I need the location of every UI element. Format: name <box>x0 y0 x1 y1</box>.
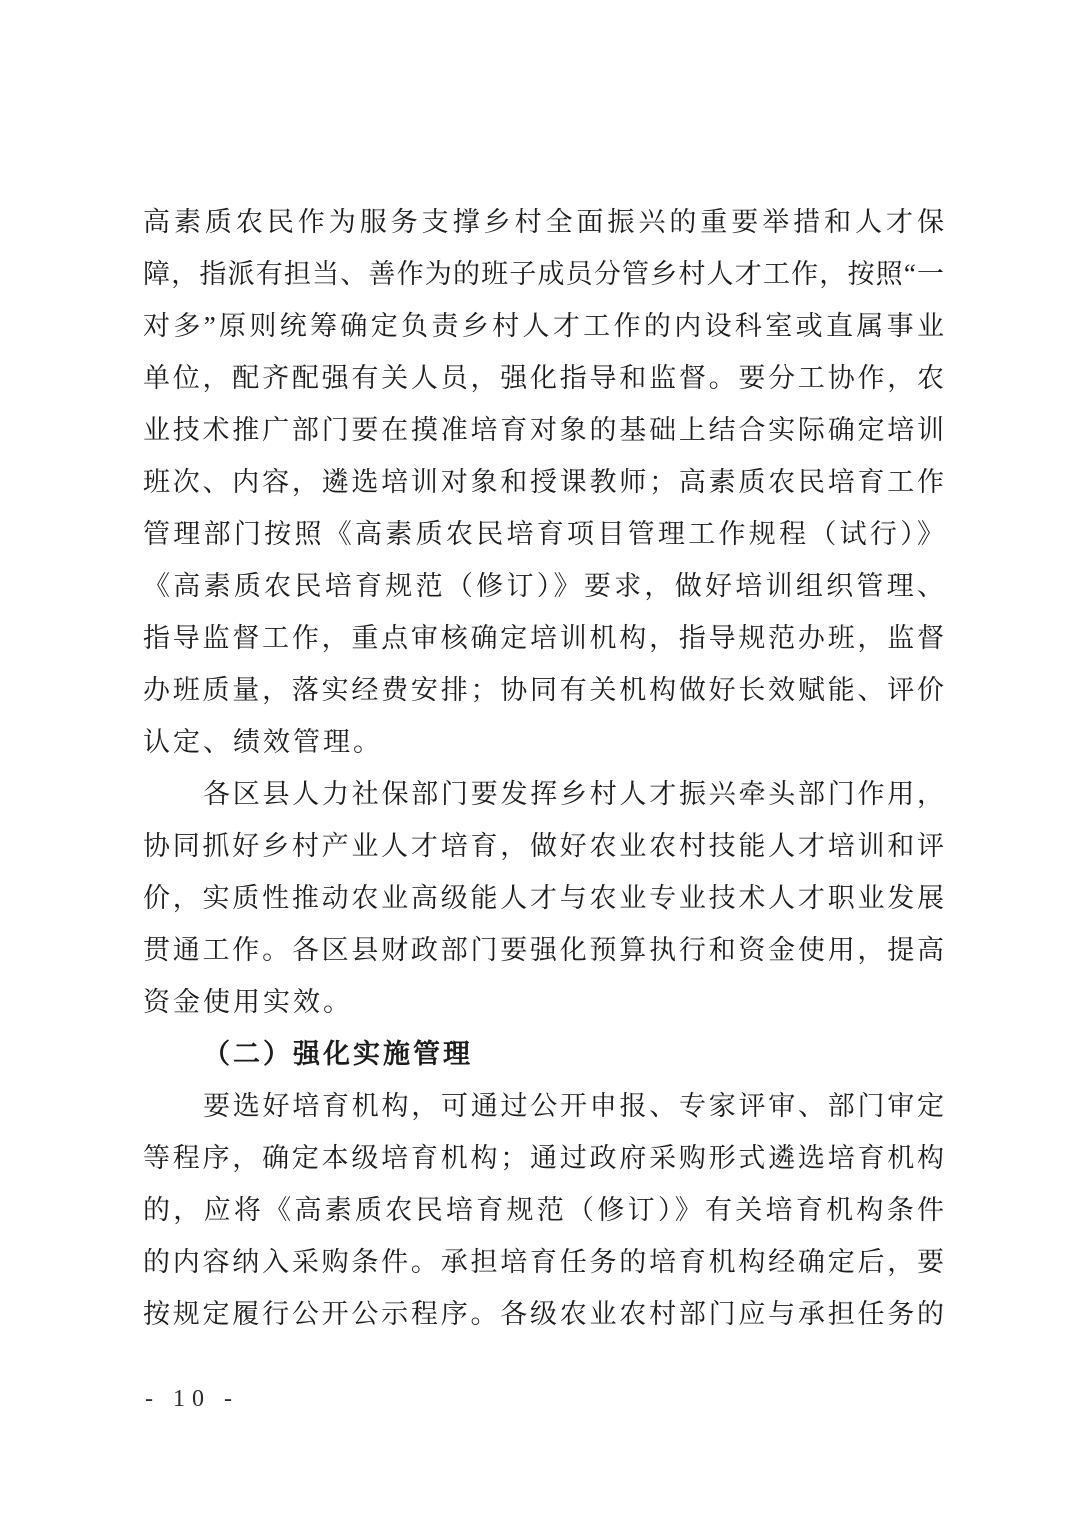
text-line: 资金使用实效。 <box>143 976 944 1028</box>
text-line: 认定、绩效管理。 <box>143 716 944 768</box>
text-line: 价，实质性推动农业高级能人才与农业专业技术人才职业发展 <box>143 872 944 924</box>
text-line: 办班质量，落实经费安排；协同有关机构做好长效赋能、评价 <box>143 664 944 716</box>
text-line: 各区县人力社保部门要发挥乡村人才振兴牵头部门作用， <box>143 768 944 820</box>
text-line: 《高素质农民培育规范（修订）》要求，做好培训组织管理、 <box>143 560 944 612</box>
text-line: 高素质农民作为服务支撑乡村全面振兴的重要举措和人才保 <box>143 196 944 248</box>
text-line: 等程序，确定本级培育机构；通过政府采购形式遴选培育机构 <box>143 1132 944 1184</box>
document-page: 高素质农民作为服务支撑乡村全面振兴的重要举措和人才保障，指派有担当、善作为的班子… <box>0 0 1074 1520</box>
text-line: 的，应将《高素质农民培育规范（修订）》有关培育机构条件 <box>143 1184 944 1236</box>
text-line: 对多”原则统筹确定负责乡村人才工作的内设科室或直属事业 <box>143 300 944 352</box>
document-body: 高素质农民作为服务支撑乡村全面振兴的重要举措和人才保障，指派有担当、善作为的班子… <box>143 196 944 1340</box>
text-line: 的内容纳入采购条件。承担培育任务的培育机构经确定后，要 <box>143 1236 944 1288</box>
text-line: 管理部门按照《高素质农民培育项目管理工作规程（试行）》 <box>143 508 944 560</box>
text-line: 障，指派有担当、善作为的班子成员分管乡村人才工作，按照“一 <box>143 248 944 300</box>
text-line: 要选好培育机构，可通过公开申报、专家评审、部门审定 <box>143 1080 944 1132</box>
text-line: 贯通工作。各区县财政部门要强化预算执行和资金使用，提高 <box>143 924 944 976</box>
text-line: 指导监督工作，重点审核确定培训机构，指导规范办班，监督 <box>143 612 944 664</box>
text-line: 班次、内容，遴选培训对象和授课教师；高素质农民培育工作 <box>143 456 944 508</box>
text-line: 协同抓好乡村产业人才培育，做好农业农村技能人才培训和评 <box>143 820 944 872</box>
page-number: - 10 - <box>145 1386 239 1413</box>
text-line: 按规定履行公开公示程序。各级农业农村部门应与承担任务的 <box>143 1288 944 1340</box>
text-line: 业技术推广部门要在摸准培育对象的基础上结合实际确定培训 <box>143 404 944 456</box>
text-line: 单位，配齐配强有关人员，强化指导和监督。要分工协作，农 <box>143 352 944 404</box>
section-heading: （二）强化实施管理 <box>143 1028 944 1080</box>
